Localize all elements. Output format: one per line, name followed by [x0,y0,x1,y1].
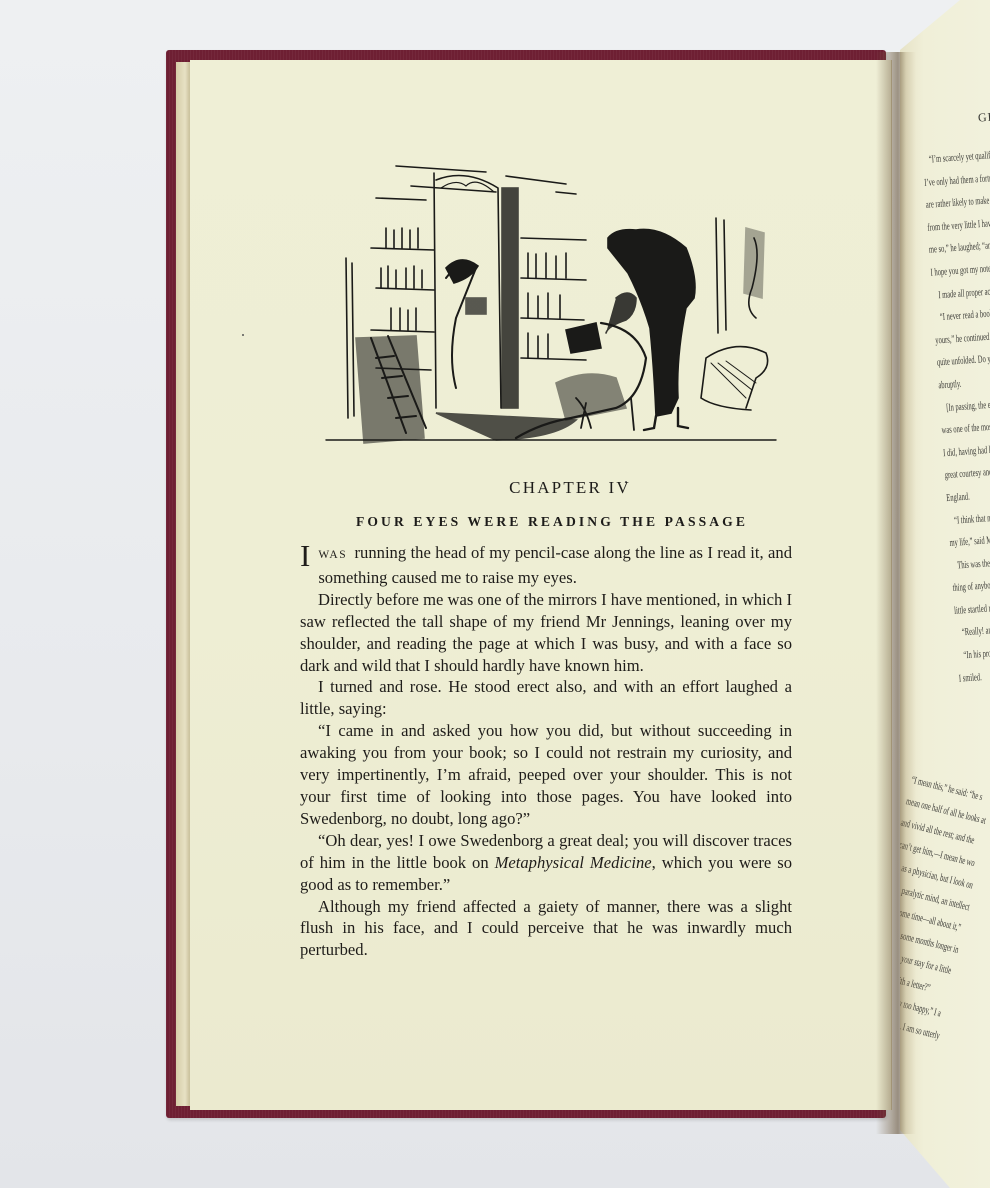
body-text: IWAS running the head of my pencil-case … [300,542,792,961]
text-line: “I’m scarcely yet qualifi [922,137,990,173]
small-caps-word: WAS [318,549,347,561]
right-page: GR “I’m scarcely yet qualifi I’ve only h… [900,0,990,1188]
chapter-illustration [316,158,786,448]
paragraph-1: IWAS running the head of my pencil-case … [300,542,792,589]
paragraph-6: Although my friend affected a gaiety of … [300,896,792,962]
chapter-subtitle: FOUR EYES WERE READING THE PASSAGE [312,514,792,540]
paragraph-text: running the head of my pencil-case along… [318,543,792,587]
paragraph-5: “Oh dear, yes! I owe Swedenborg a great … [300,830,792,896]
text-block: CHAPTER IV FOUR EYES WERE READING THE PA… [300,478,792,961]
paragraph-4: “I came in and asked you how you did, bu… [300,720,792,830]
right-page-text-upper: “I’m scarcely yet qualifi I’ve only had … [922,137,990,691]
paragraph-2: Directly before me was one of the mirror… [300,589,792,677]
running-head: GR [977,109,990,125]
page-speck [242,334,244,336]
paragraph-3: I turned and rose. He stood erect also, … [300,676,792,720]
drop-cap: I [300,544,310,568]
open-book-photo: CHAPTER IV FOUR EYES WERE READING THE PA… [0,0,990,1188]
book-title-italic: Metaphysical Medicine [495,853,652,872]
chapter-title: CHAPTER IV [348,478,792,508]
